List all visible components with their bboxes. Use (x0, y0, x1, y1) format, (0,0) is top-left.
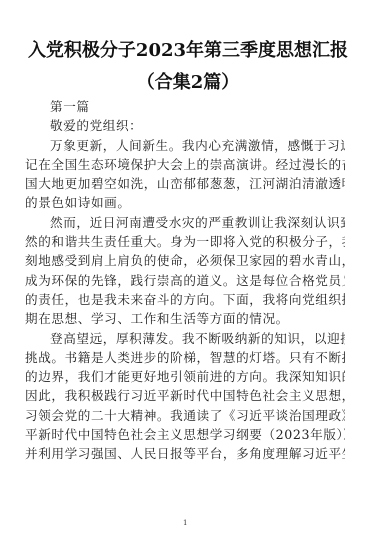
text-line: 的边界，我们才能更好地引领前进的方向。我深知知识的宝贵， (25, 367, 345, 386)
text-line: 成为环保的先锋，践行崇高的道义。这是每位合格党员义不容辞 (25, 271, 345, 290)
text-line: 并利用学习强国、人民日报等平台，多角度理解习近平生态文明 (25, 444, 345, 463)
text-line: 然而，近日河南遭受水灾的严重教训让我深刻认识到人与自 (25, 213, 345, 232)
document-body: 第一篇 敬爱的党组织： 万象更新，人间新生。我内心充满激情，感慨于习近平总书记在… (25, 97, 345, 464)
text-line: 国大地更加碧空如洗，山峦郁郁葱葱，江河湖泊清澈透明，美丽 (25, 174, 345, 193)
text-line: 习领会党的二十大精神。我通读了《习近平谈治国理政》、《习近 (25, 406, 345, 425)
text-line: 期在思想、学习、工作和生活等方面的情况。 (25, 309, 345, 328)
text-line: 万象更新，人间新生。我内心充满激情，感慨于习近平总书 (25, 136, 345, 155)
text-line: 的景色如诗如画。 (25, 193, 345, 212)
text-line: 刻地感受到肩上肩负的使命，必须保卫家园的碧水青山，勇敢地 (25, 251, 345, 270)
text-line: 记在全国生态环境保护大会上的崇高演讲。经过漫长的奋斗，我 (25, 155, 345, 174)
document-subtitle: （合集2篇） (0, 68, 376, 94)
section-label: 第一篇 (25, 97, 345, 116)
text-line: 挑战。书籍是人类进步的阶梯，智慧的灯塔。只有不断扩展知识 (25, 348, 345, 367)
text-line: 然的和谐共生责任重大。身为一即将入党的积极分子，我更加深 (25, 232, 345, 251)
text-line: 登高望远，厚积薄发。我不断吸纳新的知识，以迎接时代的 (25, 329, 345, 348)
page-number: 1 (183, 519, 187, 527)
salutation: 敬爱的党组织： (25, 116, 345, 135)
text-line: 的责任，也是我未来奋斗的方向。下面，我将向党组织报告我近 (25, 290, 345, 309)
document-page: 入党积极分子2023年第三季度思想汇报 （合集2篇） 第一篇 敬爱的党组织： 万… (0, 0, 376, 550)
document-title: 入党积极分子2023年第三季度思想汇报 (0, 36, 376, 62)
paragraph-lines: 万象更新，人间新生。我内心充满激情，感慨于习近平总书记在全国生态环境保护大会上的… (25, 136, 345, 464)
text-line: 因此，我积极践行习近平新时代中国特色社会主义思想，深入学 (25, 386, 345, 405)
text-line: 平新时代中国特色社会主义思想学习纲要（2023年版）》等著作， (25, 425, 345, 444)
